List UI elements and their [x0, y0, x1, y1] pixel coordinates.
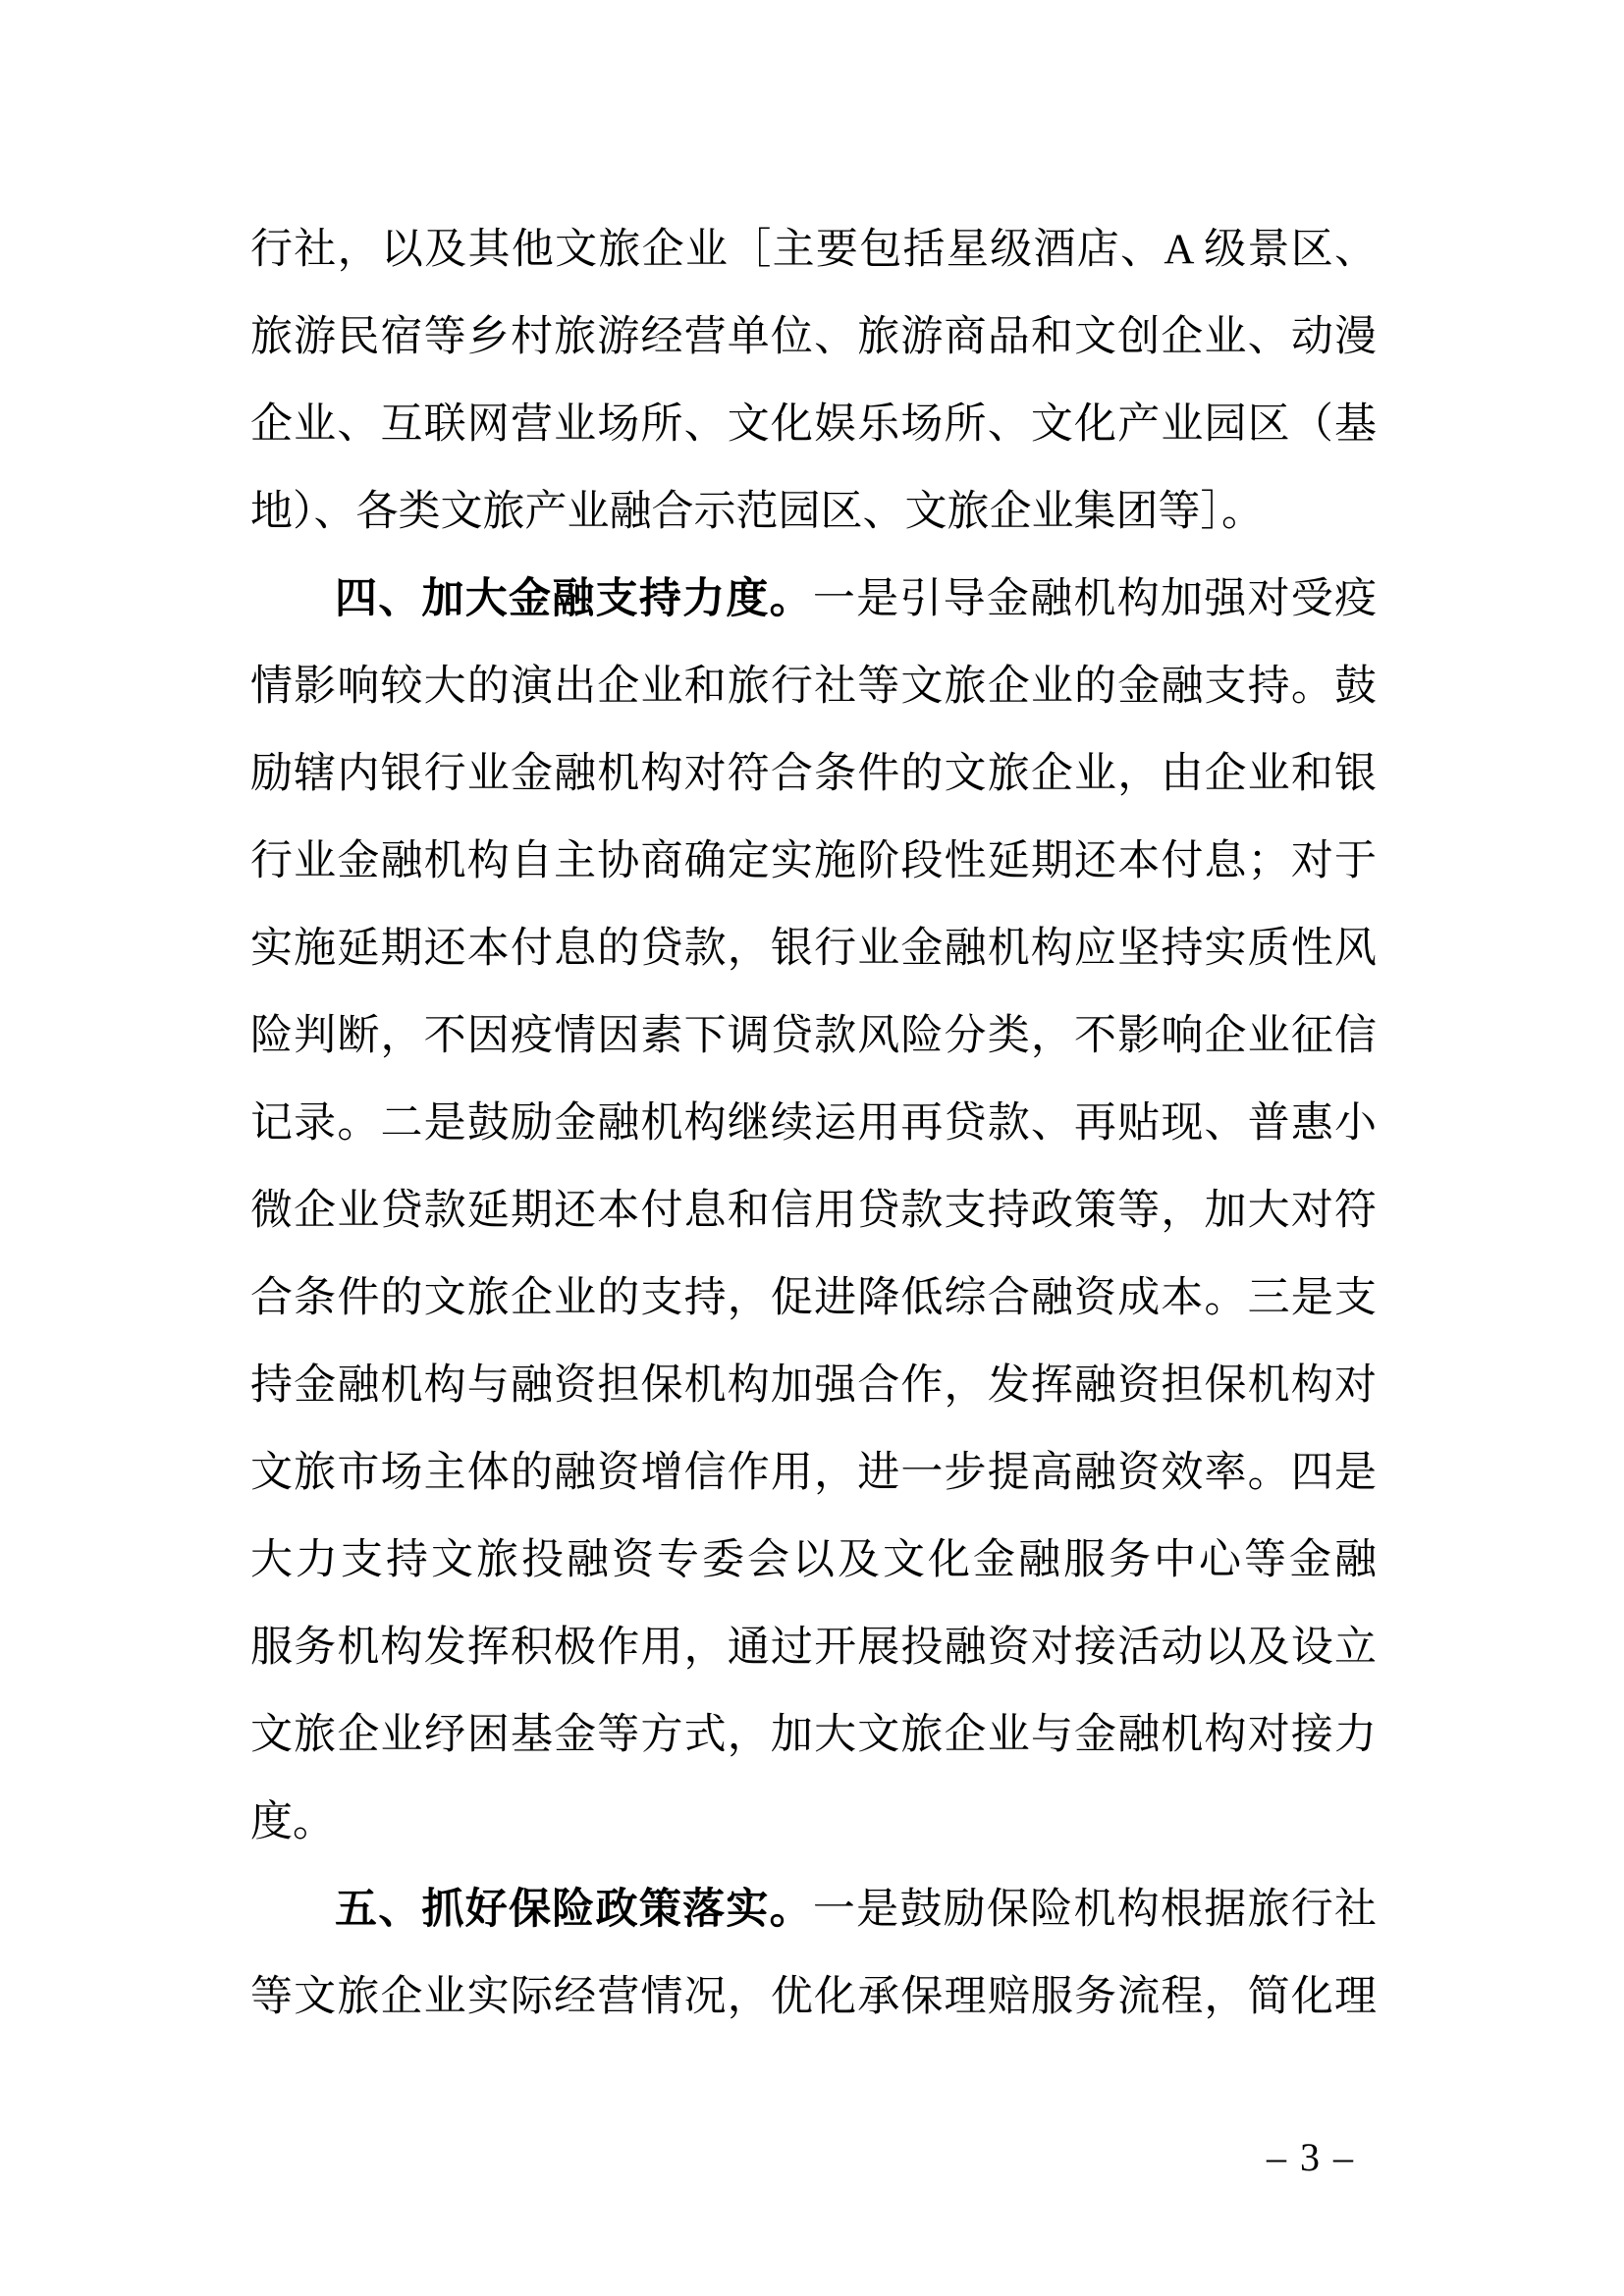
text-line: 持金融机构与融资担保机构加强合作，发挥融资担保机构对 [250, 1342, 1377, 1429]
text-line: 文旅企业纾困基金等方式，加大文旅企业与金融机构对接力 [250, 1691, 1377, 1779]
text-line: 情影响较大的演出企业和旅行社等文旅企业的金融支持。鼓 [250, 643, 1377, 730]
section-heading-5: 五、抓好保险政策落实。 [335, 1886, 813, 1933]
text-line: 记录。二是鼓励金融机构继续运用再贷款、再贴现、普惠小 [250, 1080, 1377, 1167]
text-line: 旅游民宿等乡村旅游经营单位、旅游商品和文创企业、动漫 [250, 294, 1377, 381]
text-line: 合条件的文旅企业的支持，促进降低综合融资成本。三是支 [250, 1255, 1377, 1342]
text-line: 服务机构发挥积极作用，通过开展投融资对接活动以及设立 [250, 1604, 1377, 1691]
text-line: 行业金融机构自主协商确定实施阶段性延期还本付息；对于 [250, 818, 1377, 905]
document-body: 行社，以及其他文旅企业［主要包括星级酒店、A 级景区、 旅游民宿等乡村旅游经营单… [250, 206, 1377, 2041]
text-line-paragraph-end: 度。 [250, 1779, 1377, 1866]
text-line: 企业、互联网营业场所、文化娱乐场所、文化产业园区（基 [250, 381, 1377, 468]
section-heading-line: 五、抓好保险政策落实。一是鼓励保险机构根据旅行社 [250, 1866, 1377, 1953]
page-number: – 3 – [1213, 2128, 1355, 2187]
text-line: 实施延期还本付息的贷款，银行业金融机构应坚持实质性风 [250, 905, 1377, 992]
document-page: 行社，以及其他文旅企业［主要包括星级酒店、A 级景区、 旅游民宿等乡村旅游经营单… [0, 0, 1624, 2296]
text-line: 文旅市场主体的融资增信作用，进一步提高融资效率。四是 [250, 1429, 1377, 1517]
text-line: 等文旅企业实际经营情况，优化承保理赔服务流程，简化理 [250, 1953, 1377, 2041]
text-line: 励辖内银行业金融机构对符合条件的文旅企业，由企业和银 [250, 730, 1377, 818]
text-line: 大力支持文旅投融资专委会以及文化金融服务中心等金融 [250, 1517, 1377, 1604]
text-line: 险判断，不因疫情因素下调贷款风险分类，不影响企业征信 [250, 992, 1377, 1080]
text-run: 一是鼓励保险机构根据旅行社 [813, 1887, 1377, 1933]
section-heading-4: 四、加大金融支持力度。 [335, 575, 813, 622]
text-line: 行社，以及其他文旅企业［主要包括星级酒店、A 级景区、 [250, 206, 1377, 294]
section-heading-line: 四、加大金融支持力度。一是引导金融机构加强对受疫 [250, 556, 1377, 643]
text-run: 一是引导金融机构加强对受疫 [813, 576, 1377, 622]
text-line-paragraph-end: 地）、各类文旅产业融合示范园区、文旅企业集团等］。 [250, 468, 1377, 556]
text-line: 微企业贷款延期还本付息和信用贷款支持政策等，加大对符 [250, 1167, 1377, 1255]
